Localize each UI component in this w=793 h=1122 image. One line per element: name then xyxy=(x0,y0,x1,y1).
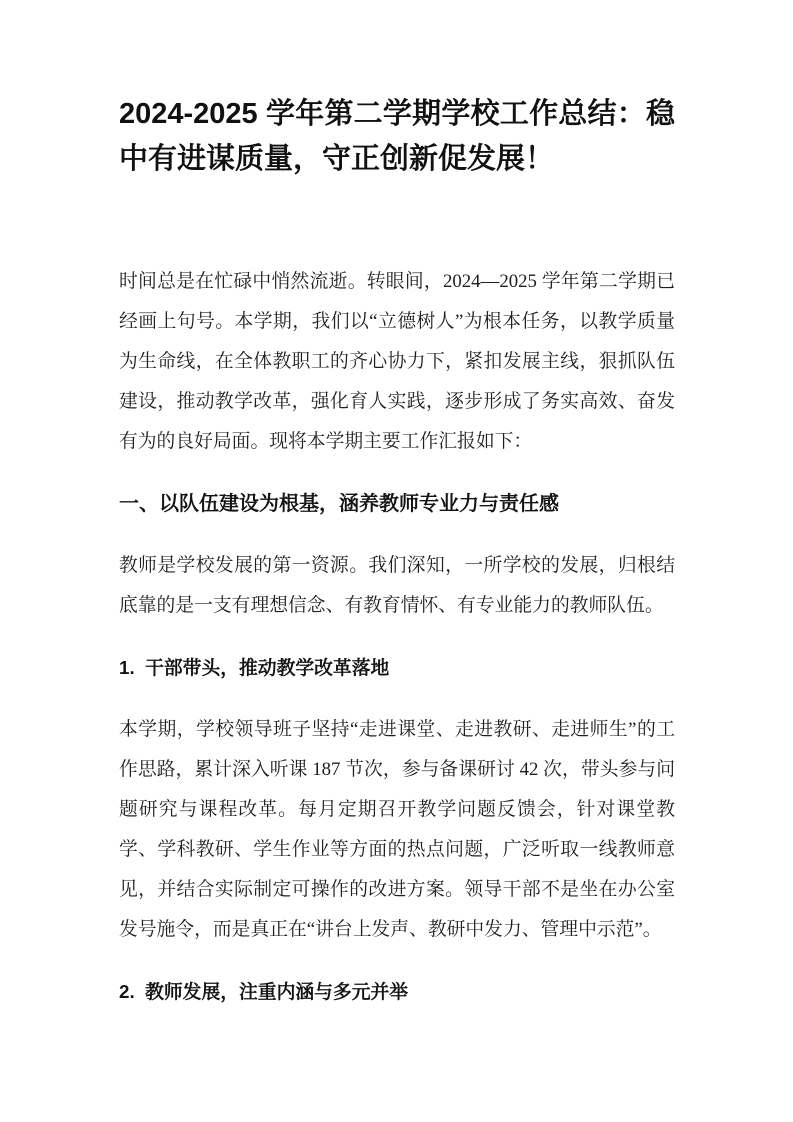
subsection-1-body-paragraph: 本学期，学校领导班子坚持“走进课堂、走进教研、走进师生”的工作思路，累计深入听课… xyxy=(119,710,675,950)
document-title: 2024-2025 学年第二学期学校工作总结：稳中有进谋质量，守正创新促发展！ xyxy=(119,92,675,182)
section-1-heading: 一、以队伍建设为根基，涵养教师专业力与责任感 xyxy=(119,484,675,524)
subsection-1-heading: 1. 干部带头，推动教学改革落地 xyxy=(119,648,675,688)
intro-paragraph: 时间总是在忙碌中悄然流逝。转眼间，2024—2025 学年第二学期已经画上句号。… xyxy=(119,262,675,462)
section-1-lead-paragraph: 教师是学校发展的第一资源。我们深知，一所学校的发展，归根结底靠的是一支有理想信念… xyxy=(119,546,675,626)
subsection-2-heading: 2. 教师发展，注重内涵与多元并举 xyxy=(119,972,675,1012)
document-page: 2024-2025 学年第二学期学校工作总结：稳中有进谋质量，守正创新促发展！ … xyxy=(0,0,793,1122)
